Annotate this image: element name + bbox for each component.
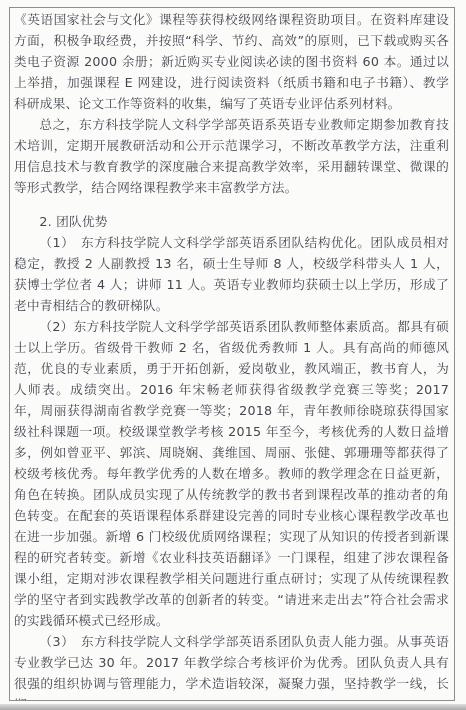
- page-bottom-edge-shadow: [0, 704, 466, 710]
- scanned-document-page: { "page": { "paper_color": "#fbfbfa", "f…: [0, 0, 466, 710]
- paragraph-item-1-team-structure: （1） 东方科技学院人文科学学部英语系团队结构优化。团队成员相对稳定，教授 2 …: [14, 232, 449, 316]
- paragraph-course-funding: 《英语国家社会与文化》课程等获得校级网络课程资助项目。在资料库建设方面，积极争取…: [14, 9, 449, 114]
- heading-team-advantages: 2. 团队优势: [14, 211, 449, 232]
- paragraph-item-3-team-leader: （3） 东方科技学院人文科学学部英语系团队负责人能力强。从事英语专业教学已达 3…: [14, 631, 449, 701]
- paragraph-spacer: [14, 198, 449, 211]
- text-frame: 《英语国家社会与文化》课程等获得校级网络课程资助项目。在资料库建设方面，积极争取…: [9, 7, 455, 701]
- document-body: 《英语国家社会与文化》课程等获得校级网络课程资助项目。在资料库建设方面，积极争取…: [10, 8, 454, 701]
- paragraph-item-2-teacher-quality: （2）东方科技学院人文科学学部英语系团队教师整体素质高。都具有硕士以上学历。省级…: [14, 316, 449, 631]
- paragraph-summary: 总之，东方科技学院人文科学学部英语系英语专业教师定期参加教育技术培训，定期开展教…: [14, 114, 449, 198]
